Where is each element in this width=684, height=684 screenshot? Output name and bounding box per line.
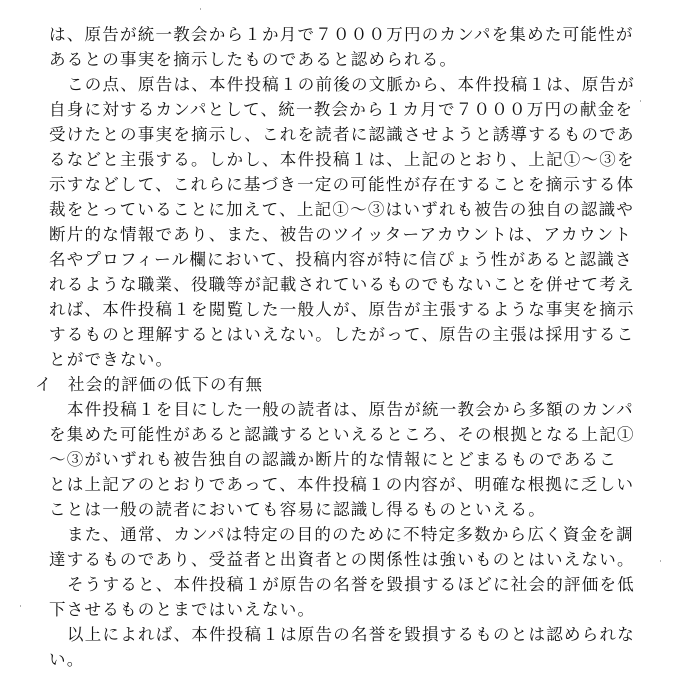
text-line: とができない。 (49, 347, 173, 372)
scan-speck (660, 560, 661, 562)
section-heading: イ社会的評価の低下の有無 (35, 372, 263, 397)
text-line: れば、本件投稿１を閲覧した一般人が、原告が主張するような事実を摘示 (49, 297, 635, 322)
scanned-document-page: は、原告が統一教会から１か月で７０００万円のカンパを集めた可能性が あるとの事実… (0, 0, 684, 684)
text-line: 裁をとっていることに加えて、上記①～③はいずれも被告の独自の認識や (49, 197, 634, 222)
text-line: 断片的な情報であり、また、被告のツイッターアカウントは、アカウント (49, 222, 632, 247)
section-marker: イ (35, 372, 68, 397)
text-line: 下させるものとまではいえない。 (49, 597, 315, 622)
text-line: 示すなどして、これらに基づき一定の可能性が存在することを摘示する体 (49, 172, 634, 197)
text-line: とは上記アのとおりであって、本件投稿１の内容が、明確な根拠に乏しい (49, 472, 634, 497)
text-line: あるとの事実を摘示したものであると認められる。 (49, 47, 457, 72)
text-line: るなどと主張する。しかし、本件投稿１は、上記のとおり、上記①～③を (49, 147, 635, 172)
text-line: は、原告が統一教会から１か月で７０００万円のカンパを集めた可能性が (49, 22, 634, 47)
text-line: れるような職業、役職等が記載されているものでもないことを併せて考え (49, 272, 635, 297)
scan-speck (200, 8, 201, 10)
scan-speck (20, 605, 21, 607)
text-line: 受けたとの事実を摘示し、これを読者に認識させようと誘導するものであ (49, 122, 635, 147)
text-line: ことは一般の読者においても容易に認識し得るものといえる。 (49, 497, 546, 522)
text-line: するものと理解するとはいえない。したがって、原告の主張は採用するこ (49, 322, 634, 347)
text-line: 自身に対するカンパとして、統一教会から１カ月で７０００万円の献金を (49, 97, 633, 122)
text-line: 名やプロフィール欄において、投稿内容が特に信ぴょう性があると認識さ (49, 247, 633, 272)
paragraph-start-line: この点、原告は、本件投稿１の前後の文脈から、本件投稿１は、原告が (67, 72, 635, 97)
text-line: を集めた可能性があると認識するといえるところ、その根拠となる上記① (49, 422, 635, 447)
paragraph-start-line: そうすると、本件投稿１が原告の名誉を毀損するほどに社会的評価を低 (67, 572, 635, 597)
scan-speck (640, 100, 641, 102)
text-line: 達するものであり、受益者と出資者との関係性は強いものとはいえない。 (49, 547, 635, 572)
paragraph-start-line: 以上によれば、本件投稿１は原告の名誉を毀損するものとは認められな (67, 622, 635, 647)
text-line: ～③がいずれも被告独自の認識か断片的な情報にとどまるものであるこ (49, 447, 617, 472)
section-heading-text: 社会的評価の低下の有無 (68, 375, 263, 394)
paragraph-start-line: また、通常、カンパは特定の目的のために不特定多数から広く資金を調 (67, 522, 634, 547)
paragraph-start-line: 本件投稿１を目にした一般の読者は、原告が統一教会から多額のカンパ (67, 397, 634, 422)
text-line: い。 (49, 647, 85, 672)
